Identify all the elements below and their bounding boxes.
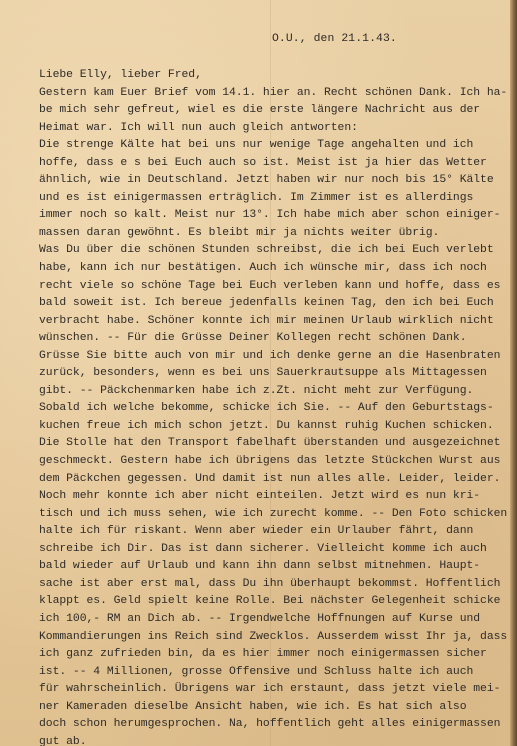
letter-line: recht viele so schöne Tage bei Euch verl…: [39, 278, 517, 296]
letter-line: Gestern kam Euer Brief vom 14.1. hier an…: [39, 85, 517, 103]
letter-line: bald wieder auf Urlaub und kann ihn dann…: [39, 558, 517, 576]
letter-line: ist. -- 4 Millionen, grosse Offensive un…: [39, 664, 517, 682]
letter-line: tisch und ich muss sehen, wie ich zurech…: [39, 506, 517, 524]
letter-line: wünschen. -- Für die Grüsse Deiner Kolle…: [39, 330, 517, 348]
letter-line: Kommandierungen ins Reich sind Zwecklos.…: [39, 629, 517, 647]
letter-line: Grüsse Sie bitte auch von mir und ich de…: [39, 348, 517, 366]
letter-lines: Gestern kam Euer Brief vom 14.1. hier an…: [39, 85, 517, 746]
letter-line: habe, kann ich nur bestätigen. Auch ich …: [39, 260, 517, 278]
letter-line: immer noch so kalt. Meist nur 13°. Ich h…: [39, 207, 517, 225]
letter-line: doch schon herumgesprochen. Na, hoffentl…: [39, 716, 517, 734]
letter-line: gibt. -- Päckchenmarken habe ich z.Zt. n…: [39, 383, 517, 401]
letter-line: bald soweit ist. Ich bereue jedenfalls k…: [39, 295, 517, 313]
salutation: Liebe Elly, lieber Fred,: [39, 67, 517, 85]
letter-line: be mich sehr gefreut, wiel es die erste …: [39, 102, 517, 120]
letter-line: ner Kameraden dieselbe Ansicht haben, wi…: [39, 699, 517, 717]
letter-line: kuchen freue ich mich schon jetzt. Du ka…: [39, 418, 517, 436]
letter-page: O.U., den 21.1.43. Liebe Elly, lieber Fr…: [0, 0, 517, 746]
letter-line: Die Stolle hat den Transport fabelhaft ü…: [39, 435, 517, 453]
letter-line: klappt es. Geld spielt keine Rolle. Bei …: [39, 593, 517, 611]
letter-line: geschmeckt. Gestern habe ich übrigens da…: [39, 453, 517, 471]
letter-line: Heimat war. Ich will nun auch gleich ant…: [39, 120, 517, 138]
letter-line: massen daran gewöhnt. Es bleibt mir ja n…: [39, 225, 517, 243]
letter-line: zurück, besonders, wenn es bei uns Sauer…: [39, 365, 517, 383]
letter-body: Liebe Elly, lieber Fred, Gestern kam Eue…: [39, 67, 517, 746]
letter-line: gut ab.: [39, 734, 517, 746]
letter-line: ähnlich, wie in Deutschland. Jetzt haben…: [39, 172, 517, 190]
letter-line: für wahrscheinlich. Übrigens war ich ers…: [39, 681, 517, 699]
letter-line: Was Du über die schönen Stunden schreibs…: [39, 242, 517, 260]
letter-line: dem Päckchen gegessen. Und damit ist nun…: [39, 471, 517, 489]
dateline: O.U., den 21.1.43.: [272, 33, 397, 45]
letter-line: schreibe ich Dir. Das ist dann sicherer.…: [39, 541, 517, 559]
letter-line: Noch mehr konnte ich aber nicht einteile…: [39, 488, 517, 506]
letter-line: Die strenge Kälte hat bei uns nur wenige…: [39, 137, 517, 155]
letter-line: sache ist aber erst mal, dass Du ihn übe…: [39, 576, 517, 594]
letter-line: hoffe, dass e s bei Euch auch so ist. Me…: [39, 155, 517, 173]
letter-line: und es ist einigermassen erträglich. Im …: [39, 190, 517, 208]
letter-line: Sobald ich welche bekomme, schicke ich S…: [39, 400, 517, 418]
letter-line: ich 100,- RM an Dich ab. -- Irgendwelche…: [39, 611, 517, 629]
letter-line: verbracht habe. Schöner konnte ich mir m…: [39, 313, 517, 331]
letter-line: halte ich für riskant. Wenn aber wieder …: [39, 523, 517, 541]
letter-line: ich ganz zufrieden bin, da es hier immer…: [39, 646, 517, 664]
